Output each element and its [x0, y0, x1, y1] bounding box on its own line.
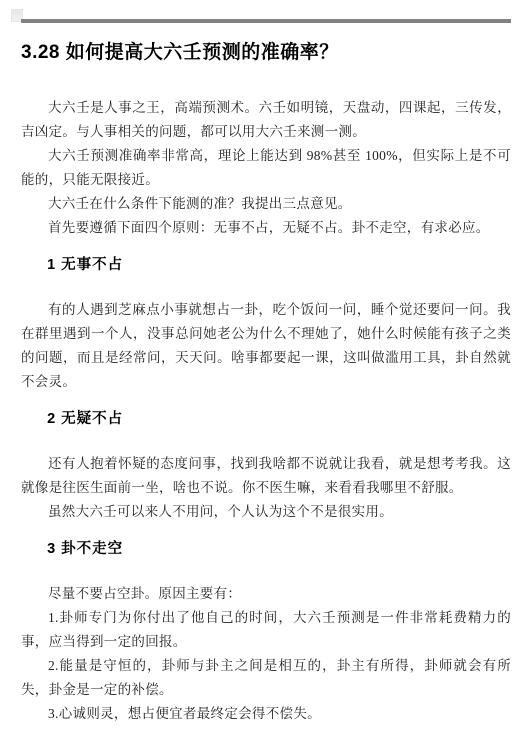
section-3-paragraph-1: 尽量不要占空卦。原因主要有：	[21, 582, 511, 606]
section-3-paragraph-2: 1.卦师专门为你付出了他自己的时间，大六壬预测是一件非常耗费精力的事，应当得到一…	[21, 606, 511, 654]
section-1-paragraph-1: 有的人遇到芝麻点小事就想占一卦，吃个饭问一问，睡个觉还要问一问。我在群里遇到一个…	[21, 298, 511, 394]
section-heading-no-matter-no-divination: 1 无事不占	[21, 254, 511, 276]
document-page: 3.28 如何提高大六壬预测的准确率？ 大六壬是人事之王，高端预测术。六壬如明镜…	[0, 0, 528, 729]
section-3-paragraph-4: 3.心诚则灵，想占便宜者最终定会得不偿失。	[21, 702, 511, 726]
page-title: 3.28 如何提高大六壬预测的准确率？	[21, 40, 511, 66]
section-2-paragraph-2: 虽然大六壬可以来人不用问，个人认为这个不是很实用。	[21, 500, 511, 524]
section-2-paragraph-1: 还有人抱着怀疑的态度问事，找到我啥都不说就让我看，就是想考考我。这就像是往医生面…	[21, 452, 511, 500]
intro-paragraph-2: 大六壬预测准确率非常高，理论上能达到 98%甚至 100%，但实际上是不可能的，…	[21, 144, 511, 192]
document-content: 3.28 如何提高大六壬预测的准确率？ 大六壬是人事之王，高端预测术。六壬如明镜…	[21, 23, 511, 726]
intro-paragraph-1: 大六壬是人事之王，高端预测术。六壬如明镜，天盘动，四课起，三传发，吉凶定。与人事…	[21, 96, 511, 144]
intro-paragraph-4: 首先要遵循下面四个原则：无事不占，无疑不占。卦不走空，有求必应。	[21, 216, 511, 240]
intro-paragraph-3: 大六壬在什么条件下能测的准？我提出三点意见。	[21, 192, 511, 216]
section-heading-hexagram-not-empty: 3 卦不走空	[21, 538, 511, 560]
section-3-paragraph-3: 2.能量是守恒的，卦师与卦主之间是相互的，卦主有所得，卦师就会有所失，卦金是一定…	[21, 654, 511, 702]
section-heading-no-doubt-no-divination: 2 无疑不占	[21, 408, 511, 430]
